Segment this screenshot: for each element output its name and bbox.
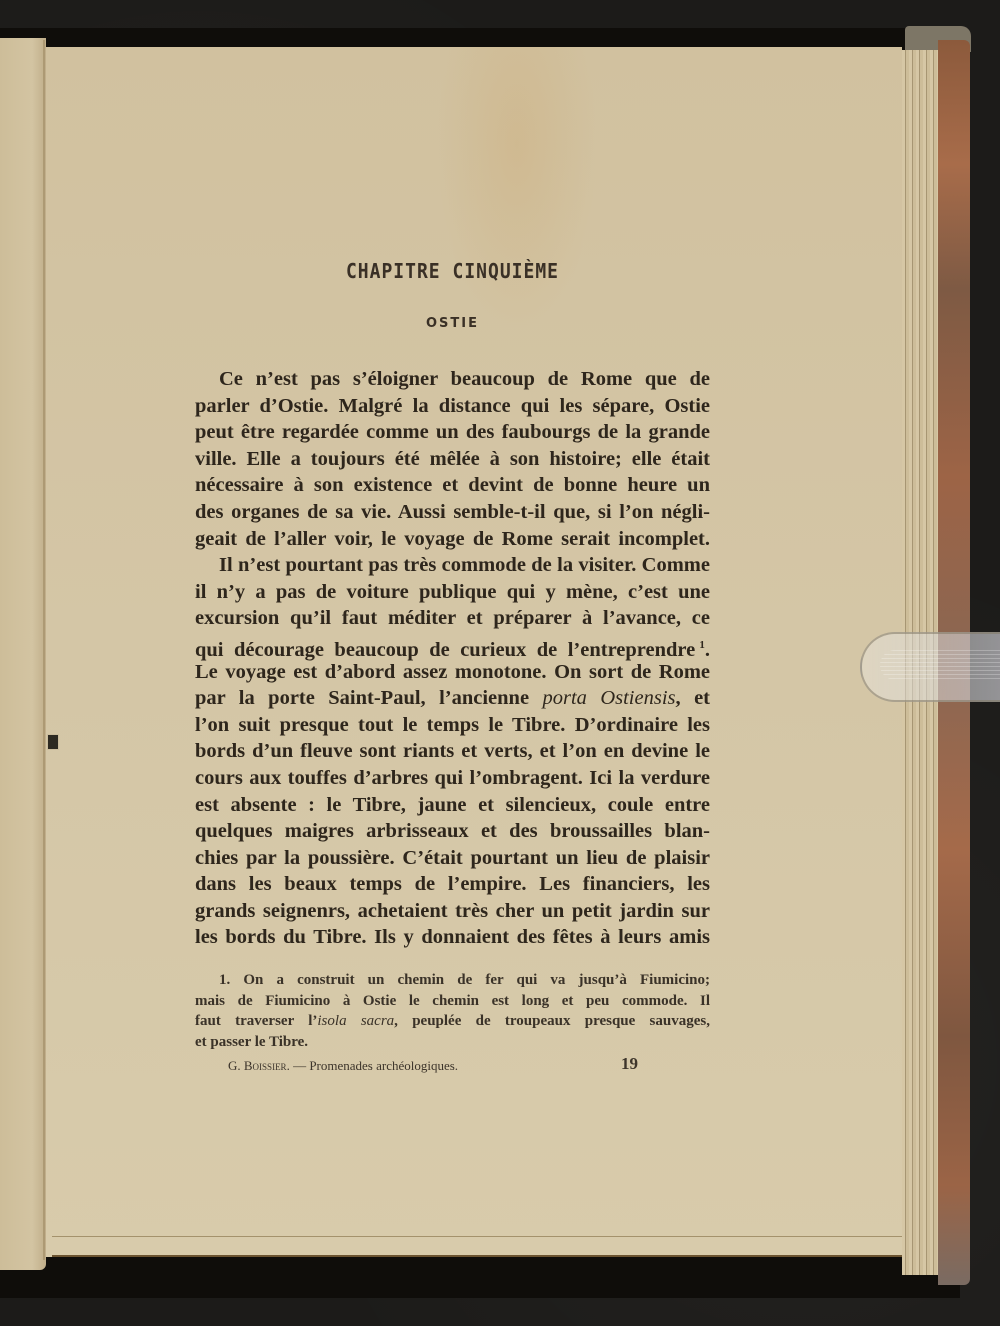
text-line: excursion qu’il faut méditer et préparer… <box>195 605 710 632</box>
previous-page-edge <box>0 38 46 1270</box>
text-line: ville. Elle a toujours été mêlée à son h… <box>195 446 710 473</box>
signature-mark: 19 <box>621 1054 638 1074</box>
text-segment: par la porte Saint-Paul, l’ancienne <box>195 687 542 709</box>
page-bottom-edge <box>52 1236 902 1257</box>
text-segment: faut traverser l’ <box>195 1013 317 1029</box>
chapter-title: CHAPITRE CINQUIÈME <box>195 259 710 283</box>
text-line: les bords du Tibre. Ils y donnaient des … <box>195 924 710 951</box>
text-line: qui décourage beaucoup de curieux de l’e… <box>195 632 710 659</box>
text-line: Le voyage est d’abord assez monotone. On… <box>195 659 710 686</box>
text-line: peut être regardée comme un des faubourg… <box>195 419 710 446</box>
text-line: cours aux touffes d’arbres qui l’ombrage… <box>195 765 710 792</box>
text-segment: On a construit un chemin de fer qui va j… <box>243 972 710 988</box>
footnote: 1. On a construit un chemin de fer qui v… <box>195 970 710 1052</box>
footer-author: G. Boissier. <box>228 1058 290 1073</box>
text-line: Il n’est pourtant pas très commode de la… <box>195 552 710 579</box>
text-line: est absente : le Tibre, jaune et silenci… <box>195 792 710 819</box>
italic-phrase: porta Ostiensis <box>542 687 675 709</box>
text-segment: , et <box>676 687 710 709</box>
text-line: l’on suit presque tout le temps le Tibre… <box>195 712 710 739</box>
text-line: geait de l’aller voir, le voyage de Rome… <box>195 526 710 553</box>
footer-separator: — <box>293 1058 306 1073</box>
section-title: OSTIE <box>195 316 710 331</box>
text-line: nécessaire à son existence et devint de … <box>195 472 710 499</box>
text-line: quelques maigres arbrisseaux et des brou… <box>195 818 710 845</box>
footnote-line: 1. On a construit un chemin de fer qui v… <box>195 970 710 991</box>
text-line: Ce n’est pas s’éloigner beaucoup de Rome… <box>195 366 710 393</box>
text-line: bords d’un fleuve sont riants et verts, … <box>195 738 710 765</box>
margin-mark <box>47 734 59 750</box>
italic-phrase: isola sacra <box>317 1013 394 1029</box>
text-line: par la porte Saint-Paul, l’ancienne port… <box>195 685 710 712</box>
footnote-line: faut traverser l’isola sacra, peuplée de… <box>195 1011 710 1032</box>
footnote-number: 1. <box>195 972 230 988</box>
text-segment: , peuplée de troupeaux presque sauvages, <box>394 1013 710 1029</box>
bookmark-highlight <box>880 650 1000 680</box>
text-line: dans les beaux temps de l’empire. Les fi… <box>195 871 710 898</box>
text-line: chies par la poussière. C’était pourtant… <box>195 845 710 872</box>
footer-citation: G. Boissier. — Promenades archéologiques… <box>228 1058 458 1074</box>
text-line: il n’y a pas de voiture publique qui y m… <box>195 579 710 606</box>
body-text: Ce n’est pas s’éloigner beaucoup de Rome… <box>195 366 710 951</box>
running-footer: G. Boissier. — Promenades archéologiques… <box>228 1058 638 1074</box>
book-gutter <box>43 40 45 1260</box>
footnote-line: et passer le Tibre. <box>195 1032 710 1053</box>
footer-book-title: Promenades archéologiques. <box>309 1058 458 1073</box>
text-segment: qui décourage beaucoup de curieux de l’e… <box>195 639 695 661</box>
text-line: grands seignenrs, achetaient très cher u… <box>195 898 710 925</box>
text-segment: . <box>705 639 710 661</box>
text-line: parler d’Ostie. Malgré la distance qui l… <box>195 393 710 420</box>
text-line: des organes de sa vie. Aussi semble-t-il… <box>195 499 710 526</box>
footnote-line: mais de Fiumicino à Ostie le chemin est … <box>195 991 710 1012</box>
